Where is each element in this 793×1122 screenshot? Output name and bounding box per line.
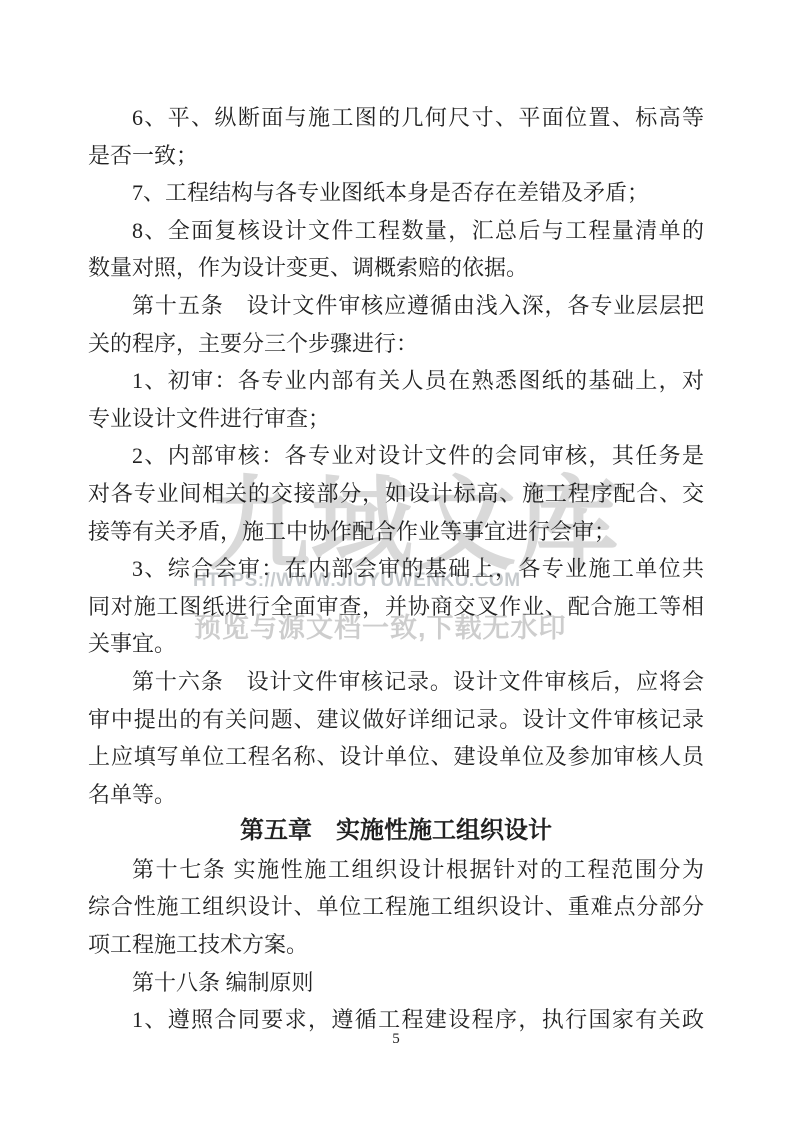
doc-line-11: 对各专业间相关的交接部分，如设计标高、施工程序配合、交 — [88, 475, 704, 513]
doc-line-10: 2、内部审核：各专业对设计文件的会同审核，其任务是 — [88, 437, 704, 475]
doc-line-14: 同对施工图纸进行全面审查，并协商交叉作业、配合施工等相 — [88, 588, 704, 626]
document-page: 九域文库 HTTPS://WWW.JIUYUWENKU.COM 预览与源文档一致… — [0, 0, 793, 1122]
doc-line-2: 是否一致； — [88, 137, 704, 175]
doc-line-24: 第十八条 编制原则 — [88, 964, 704, 1002]
doc-line-22: 综合性施工组织设计、单位工程施工组织设计、重难点分部分 — [88, 888, 704, 926]
doc-line-15: 关事宜。 — [88, 625, 704, 663]
doc-line-19: 名单等。 — [88, 776, 704, 814]
text-block: 6、平、纵断面与施工图的几何尺寸、平面位置、标高等 是否一致； 7、工程结构与各… — [88, 99, 704, 1039]
doc-line-17: 审中提出的有关问题、建议做好详细记录。设计文件审核记录 — [88, 701, 704, 739]
doc-line-16: 第十六条 设计文件审核记录。设计文件审核后，应将会 — [88, 663, 704, 701]
doc-line-1: 6、平、纵断面与施工图的几何尺寸、平面位置、标高等 — [88, 99, 704, 137]
doc-line-9: 专业设计文件进行审查； — [88, 400, 704, 438]
doc-line-6: 第十五条 设计文件审核应遵循由浅入深，各专业层层把 — [88, 287, 704, 325]
doc-line-13: 3、综合会审：在内部会审的基础上，各专业施工单位共 — [88, 550, 704, 588]
doc-line-18: 上应填写单位工程名称、设计单位、建设单位及参加审核人员 — [88, 738, 704, 776]
doc-line-23: 项工程施工技术方案。 — [88, 926, 704, 964]
chapter-heading: 第五章 实施性施工组织设计 — [88, 813, 704, 851]
doc-line-7: 关的程序，主要分三个步骤进行： — [88, 325, 704, 363]
doc-line-21: 第十七条 实施性施工组织设计根据针对的工程范围分为 — [88, 851, 704, 889]
doc-line-12: 接等有关矛盾，施工中协作配合作业等事宜进行会审； — [88, 513, 704, 551]
page-number: 5 — [88, 1031, 704, 1048]
doc-line-3: 7、工程结构与各专业图纸本身是否存在差错及矛盾； — [88, 174, 704, 212]
doc-line-4: 8、全面复核设计文件工程数量，汇总后与工程量清单的 — [88, 212, 704, 250]
doc-line-8: 1、初审：各专业内部有关人员在熟悉图纸的基础上，对 — [88, 362, 704, 400]
doc-line-5: 数量对照，作为设计变更、调概索赔的依据。 — [88, 249, 704, 287]
